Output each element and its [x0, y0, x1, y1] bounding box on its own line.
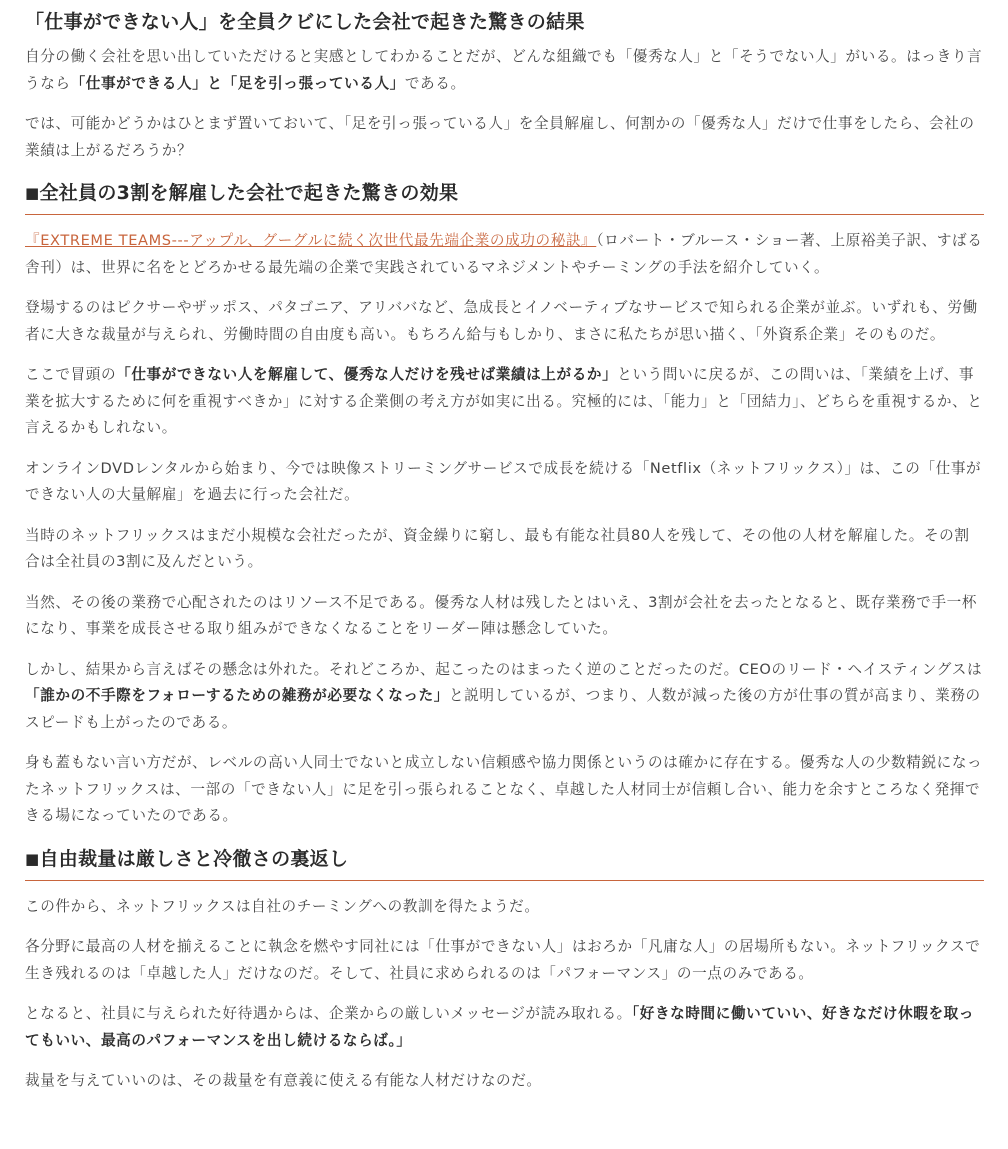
- text: である。: [405, 75, 466, 92]
- section-1-paragraph-4: オンラインDVDレンタルから始まり、今では映像ストリーミングサービスで成長を続け…: [25, 456, 984, 509]
- intro-paragraph-2: では、可能かどうかはひとまず置いておいて、「足を引っ張っている人」を全員解雇し、…: [25, 111, 984, 164]
- text: 裁量を与えていいのは、その裁量を有意義に使える有能な人材だけなのだ。: [25, 1072, 542, 1089]
- section-heading-text: 全社員の3割を解雇した会社で起きた驚きの効果: [39, 182, 458, 204]
- intro-paragraph-1: 自分の働く会社を思い出していただけると実感としてわかることだが、どんな組織でも「…: [25, 44, 984, 97]
- section-2-paragraph-3: となると、社員に与えられた好待遇からは、企業からの厳しいメッセージが読み取れる。…: [25, 1001, 984, 1054]
- section-2-paragraph-1: この件から、ネットフリックスは自社のチーミングへの教訓を得たようだ。: [25, 894, 984, 921]
- square-bullet-icon: ■: [25, 184, 39, 202]
- emphasis-text: 「仕事ができない人を解雇して、優秀な人だけを残せば業績は上がるか」: [116, 366, 617, 383]
- section-1-paragraph-7: しかし、結果から言えばその懸念は外れた。それどころか、起こったのはまったく逆のこ…: [25, 657, 984, 737]
- section-1-paragraph-5: 当時のネットフリックスはまだ小規模な会社だったが、資金繰りに窮し、最も有能な社員…: [25, 523, 984, 576]
- article-title: 「仕事ができない人」を全員クビにした会社で起きた驚きの結果: [25, 0, 984, 35]
- square-bullet-icon: ■: [25, 850, 39, 868]
- text: 身も蓋もない言い方だが、レベルの高い人同士でないと成立しない信頼感や協力関係とい…: [25, 754, 982, 824]
- section-heading-1: ■全社員の3割を解雇した会社で起きた驚きの効果: [25, 180, 984, 215]
- section-1-paragraph-3: ここで冒頭の「仕事ができない人を解雇して、優秀な人だけを残せば業績は上がるか」と…: [25, 362, 984, 442]
- text: ここで冒頭の: [25, 366, 116, 383]
- section-1-paragraph-2: 登場するのはピクサーやザッポス、パタゴニア、アリババなど、急成長とイノベーティブ…: [25, 295, 984, 348]
- article: 「仕事ができない人」を全員クビにした会社で起きた驚きの結果 自分の働く会社を思い…: [0, 0, 1008, 1095]
- text: しかし、結果から言えばその懸念は外れた。それどころか、起こったのはまったく逆のこ…: [25, 661, 982, 678]
- text: 当然、その後の業務で心配されたのはリソース不足である。優秀な人材は残したとはいえ…: [25, 594, 977, 638]
- section-1-paragraph-6: 当然、その後の業務で心配されたのはリソース不足である。優秀な人材は残したとはいえ…: [25, 590, 984, 643]
- section-2-paragraph-2: 各分野に最高の人材を揃えることに執念を燃やす同社には「仕事ができない人」はおろか…: [25, 934, 984, 987]
- text: 登場するのはピクサーやザッポス、パタゴニア、アリババなど、急成長とイノベーティブ…: [25, 299, 978, 343]
- section-heading-text: 自由裁量は厳しさと冷徹さの裏返し: [39, 848, 348, 870]
- text: では、可能かどうかはひとまず置いておいて、「足を引っ張っている人」を全員解雇し、…: [25, 115, 975, 159]
- section-2-paragraph-4: 裁量を与えていいのは、その裁量を有意義に使える有能な人材だけなのだ。: [25, 1068, 984, 1095]
- book-link[interactable]: 『EXTREME TEAMS---アップル、グーグルに続く次世代最先端企業の成功…: [25, 232, 596, 249]
- section-heading-2: ■自由裁量は厳しさと冷徹さの裏返し: [25, 846, 984, 881]
- text: 当時のネットフリックスはまだ小規模な会社だったが、資金繰りに窮し、最も有能な社員…: [25, 527, 970, 571]
- text: この件から、ネットフリックスは自社のチーミングへの教訓を得たようだ。: [25, 898, 540, 915]
- emphasis-text: 「誰かの不手際をフォローするための雑務が必要なくなった」: [25, 687, 449, 704]
- text: オンラインDVDレンタルから始まり、今では映像ストリーミングサービスで成長を続け…: [25, 460, 981, 504]
- text: 各分野に最高の人材を揃えることに執念を燃やす同社には「仕事ができない人」はおろか…: [25, 938, 980, 982]
- text: となると、社員に与えられた好待遇からは、企業からの厳しいメッセージが読み取れる。: [25, 1005, 632, 1022]
- section-1-paragraph-8: 身も蓋もない言い方だが、レベルの高い人同士でないと成立しない信頼感や協力関係とい…: [25, 750, 984, 830]
- emphasis-text: 「仕事ができる人」と「足を引っ張っている人」: [71, 75, 405, 92]
- section-1-paragraph-1: 『EXTREME TEAMS---アップル、グーグルに続く次世代最先端企業の成功…: [25, 228, 984, 281]
